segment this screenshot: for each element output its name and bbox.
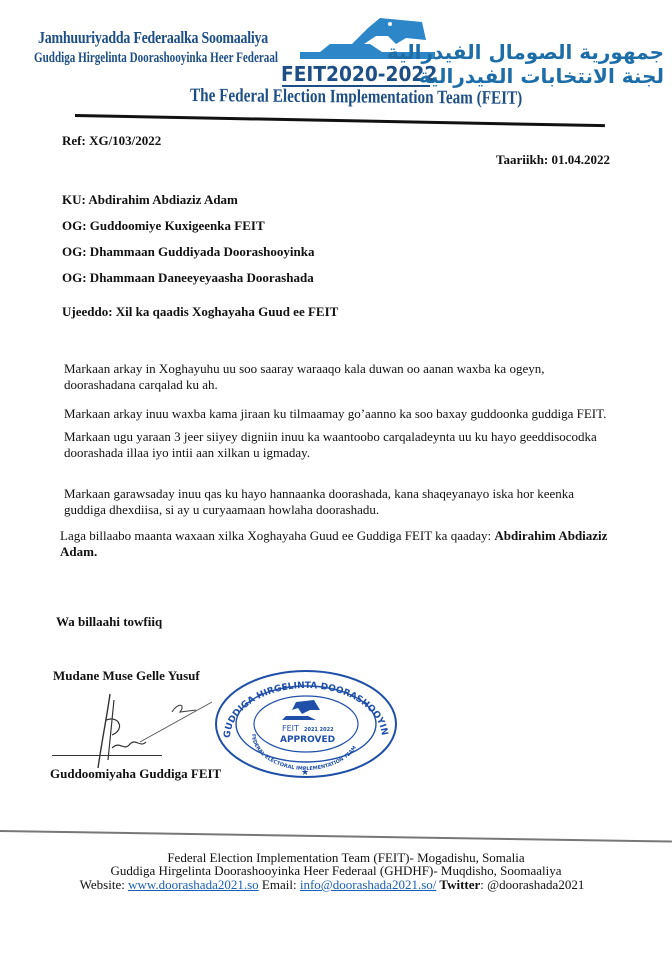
paragraph-line: Markaan arkay inuu waxba kama jiraan ku … [64, 406, 624, 422]
twitter-label: Twitter [436, 877, 480, 892]
signature-line [52, 755, 162, 756]
letterhead-arabic-republic: جمهورية الصومال الفيدرالية [387, 40, 664, 64]
body-paragraph: Laga billaabo maanta waxaan xilka Xoghay… [60, 528, 620, 560]
body-paragraph: Markaan arkay in Xoghayuhu uu soo saaray… [64, 361, 624, 393]
appointee-name: Abdirahim Abdiaziz [494, 528, 607, 543]
closing-phrase: Wa billaahi towfiiq [56, 614, 162, 630]
recipient-cc: OG: Dhammaan Guddiyada Doorashooyinka [62, 244, 314, 260]
footer-contacts: Website: www.doorashada2021.so Email: in… [0, 877, 668, 893]
letterhead-somali-committee: Guddiga Hirgelinta Doorashooyinka Heer F… [34, 50, 278, 67]
footer-divider [0, 830, 672, 842]
signatory-name: Mudane Muse Gelle Yusuf [53, 668, 200, 684]
feit-years-title: FEIT2020-2022 [281, 62, 437, 86]
website-link[interactable]: www.doorashada2021.so [128, 877, 259, 892]
svg-text:2021 2022: 2021 2022 [304, 727, 334, 733]
paragraph-line: guddiga dhexdiisa, si ay u curyaamaan ho… [64, 502, 624, 518]
letter-date: Taariikh: 01.04.2022 [496, 152, 610, 168]
svg-text:FEIT: FEIT [282, 724, 299, 733]
paragraph-line: Markaan arkay in Xoghayuhu uu soo saaray… [64, 361, 624, 377]
handwritten-signature [80, 690, 230, 770]
paragraph-line: Laga billaabo maanta waxaan xilka Xoghay… [60, 528, 494, 543]
letterhead-arabic-committee: لجنة الانتخابات الفيدرالية [419, 64, 664, 88]
twitter-handle: : @doorashada2021 [480, 877, 584, 892]
appointee-name: Adam. [60, 544, 97, 559]
letterhead-english-title: The Federal Election Implementation Team… [190, 85, 522, 110]
recipient-cc: OG: Dhammaan Daneeyeyaasha Doorashada [62, 270, 314, 286]
body-paragraph: Markaan ugu yaraan 3 jeer siiyey digniin… [64, 429, 624, 461]
subject-line: Ujeeddo: Xil ka qaadis Xoghayaha Guud ee… [62, 304, 338, 320]
letterhead-somali-republic: Jamhuuriyadda Federaalka Soomaaliya [38, 28, 268, 48]
body-paragraph: Markaan garawsaday inuu qas ku hayo hann… [64, 486, 624, 518]
paragraph-line: doorashadana carqalad ku ah. [64, 377, 624, 393]
paragraph-line: Markaan garawsaday inuu qas ku hayo hann… [64, 486, 624, 502]
body-paragraph: Markaan arkay inuu waxba kama jiraan ku … [64, 406, 624, 422]
recipient-cc: OG: Guddoomiye Kuxigeenka FEIT [62, 218, 265, 234]
reference-number: Ref: XG/103/2022 [62, 133, 161, 149]
header-divider [75, 114, 605, 127]
recipient-to: KU: Abdirahim Abdiaziz Adam [62, 192, 238, 208]
email-link[interactable]: info@doorashada2021.so/ [300, 877, 437, 892]
email-label: Email: [259, 877, 300, 892]
paragraph-line: Markaan ugu yaraan 3 jeer siiyey digniin… [64, 429, 624, 445]
paragraph-line: doorashada illaa iyo intii aan xilkan u … [64, 445, 624, 461]
website-label: Website: [80, 877, 128, 892]
svg-text:APPROVED: APPROVED [280, 735, 335, 745]
signatory-title: Guddoomiyaha Guddiga FEIT [50, 766, 221, 782]
approved-stamp: GUDDIGA HIRGELINTA DOORASHOOYINKA HEER F… [212, 668, 398, 780]
svg-text:★: ★ [301, 768, 309, 778]
